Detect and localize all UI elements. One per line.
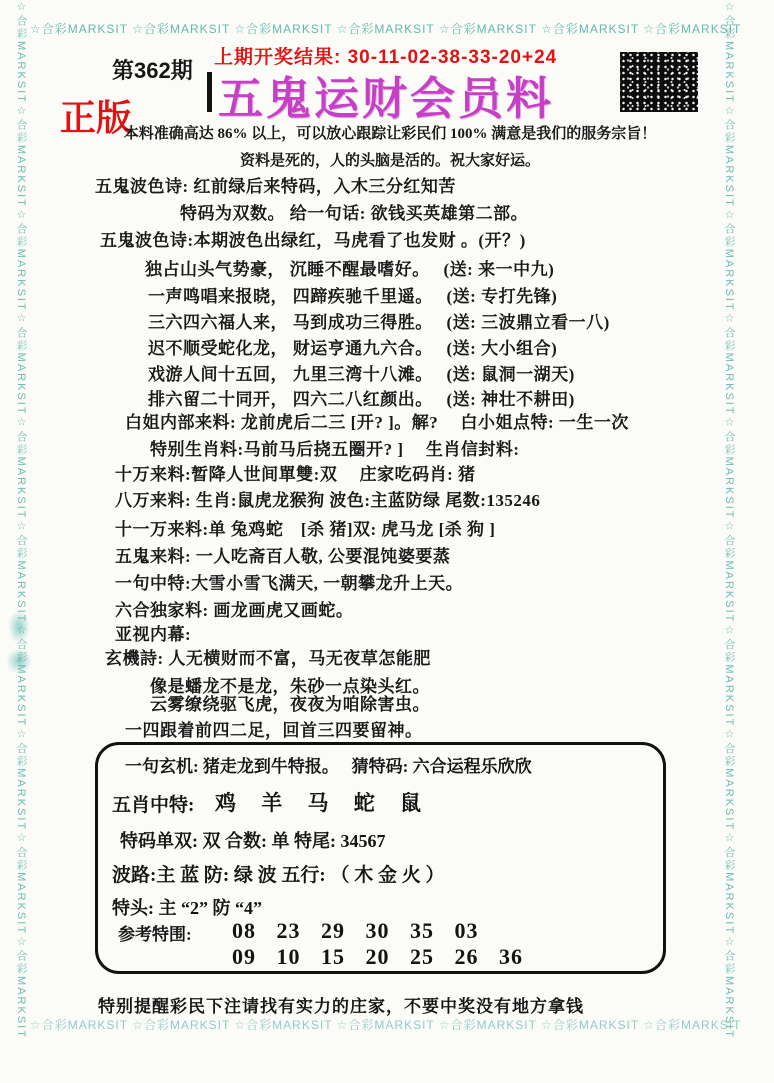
line-verse-3: 三六四六福人来， 马到成功三得胜。 (送: 三波鼎立看一八) xyxy=(148,308,610,333)
line-verse-1: 独占山头气势豪， 沉睡不醒最嗜好。 (送: 来一中九) xyxy=(145,255,554,280)
box-xuanji-line: 一句玄机: 猪走龙到牛特报。 猜特码: 六合运程乐欣欣 xyxy=(125,752,532,777)
box-ref-label: 参考特围: xyxy=(118,920,192,945)
line-yashi-insider: 亚视内幕: xyxy=(115,620,191,645)
box-danshuang-line: 特码单双: 双 合数: 单 特尾: 34567 xyxy=(120,827,385,853)
line-couplet-2: 云雾缭绕驱飞虎，夜夜为咱除害虫。 xyxy=(150,690,430,715)
footer-warning: 特别提醒彩民下注请找有实力的庄家，不要中奖没有地方拿钱 xyxy=(98,992,584,1017)
line-100k-material: 十万来料:暂降人世间單雙:双 庄家吃码肖: 猪 xyxy=(115,460,475,485)
box-wuxiao-value: 鸡 羊 马 蛇 鼠 xyxy=(215,787,426,817)
accuracy-tagline: 本料准确高达 86% 以上，可以放心跟踪让彩民们 100% 满意是我们的服务宗旨… xyxy=(40,122,740,143)
box-wuxiao-label: 五肖中特: xyxy=(112,790,194,817)
line-verse-4: 迟不顺受蛇化龙， 财运亨通九六合。 (送: 大小组合) xyxy=(148,334,557,359)
line-bose-poem-3: 五鬼波色诗:本期波色出绿红，马虎看了也发财 。(开？) xyxy=(100,226,526,251)
goodluck-tagline: 资料是死的，人的头脑是活的。祝大家好运。 xyxy=(40,149,740,170)
top-watermark-strip: ☆合彩MARKSIT ☆合彩MARKSIT ☆合彩MARKSIT ☆合彩MARK… xyxy=(30,20,742,38)
title-bar-mark xyxy=(207,72,212,112)
line-xuanji-poem: 玄機詩: 人无横财而不富，马无夜草怎能肥 xyxy=(105,644,431,669)
line-110k-material: 十一万来料:单 兔鸡蛇 [杀 猪]双: 虎马龙 [杀 狗 ] xyxy=(115,515,495,540)
ink-smudge xyxy=(6,648,32,674)
line-80k-material: 八万来料: 生肖:鼠虎龙猴狗 波色:主蓝防绿 尾数:135246 xyxy=(115,486,540,511)
line-bose-poem-1: 五鬼波色诗: 红前绿后来特码，入木三分红知苦 xyxy=(95,172,456,197)
box-ref-row-2: 09 10 15 20 25 26 36 xyxy=(232,944,523,970)
page-title: 五鬼运财会员料 xyxy=(218,62,554,127)
line-verse-2: 一声鸣唱来报晓， 四蹄疾驰千里遥。 (送: 专打先锋) xyxy=(148,282,557,307)
line-follow-hint: 一四跟着前四二足，回首三四要留神。 xyxy=(125,716,423,741)
scratched-qr-box xyxy=(620,52,698,112)
box-bolu-line: 波路:主 蓝 防: 绿 波 五行: （ 木 金 火 ） xyxy=(112,860,444,887)
line-special-zodiac: 特别生肖料:马前马后挠五圈开? ] 生肖信封料: xyxy=(150,435,519,460)
line-verse-5: 戏游人间十五回， 九里三湾十八滩。 (送: 鼠洞一湖天) xyxy=(148,360,575,385)
line-bose-poem-2: 特码为双数。 给一句话: 欲钱买英雄第二部。 xyxy=(180,199,528,224)
box-tetou-line: 特头: 主 “2” 防 “4” xyxy=(112,894,262,920)
issue-number: 第362期 xyxy=(112,54,193,85)
left-watermark-strip: ☆合彩MARKSIT☆合彩MARKSIT☆合彩MARKSIT☆合彩MARKSIT… xyxy=(11,0,29,1083)
tip-sheet-page: ☆合彩MARKSIT ☆合彩MARKSIT ☆合彩MARKSIT ☆合彩MARK… xyxy=(0,0,774,1083)
line-wugui-material: 五鬼来料: 一人吃斋百人敬, 公要混饨婆要蒸 xyxy=(115,542,450,567)
ink-smudge xyxy=(8,610,30,644)
bottom-watermark-strip: ☆合彩MARKSIT ☆合彩MARKSIT ☆合彩MARKSIT ☆合彩MARK… xyxy=(30,1016,742,1034)
box-ref-row-1: 08 23 29 30 35 03 xyxy=(232,918,479,944)
line-verse-6: 排六留二十同开， 四六二八红颜出。 (送: 神壮不耕田) xyxy=(148,385,575,410)
line-yiju-zhongte: 一句中特:大雪小雪飞满天, 一朝攀龙升上天。 xyxy=(115,569,463,594)
line-liuhe-exclusive: 六合独家料: 画龙画虎又画蛇。 xyxy=(115,596,353,621)
line-baijie-info: 白姐内部来料: 龙前虎后二三 [开? ]。解? 白小姐点特: 一生一次 xyxy=(125,408,629,433)
